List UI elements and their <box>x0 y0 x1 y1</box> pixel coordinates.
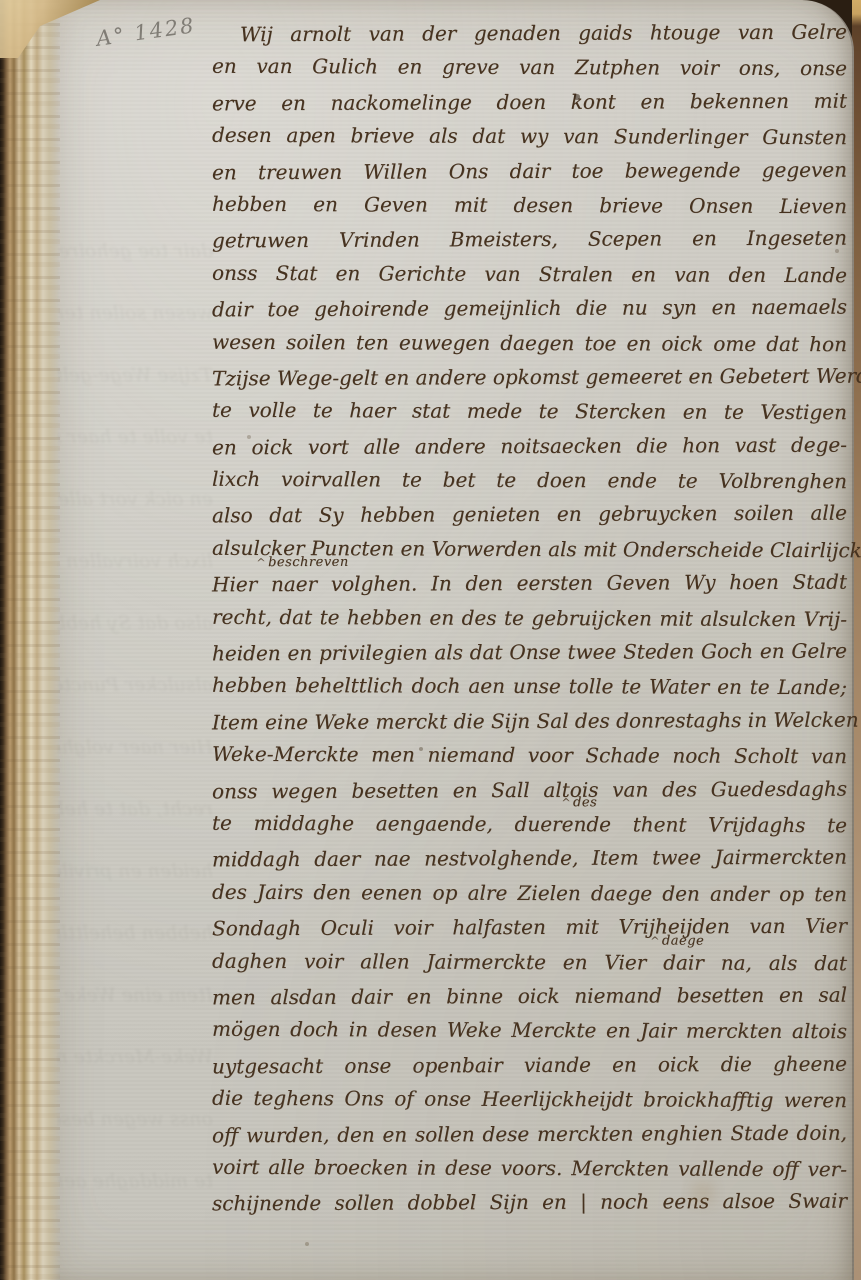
manuscript-line: en van Gulich en greve van Zutphen voir … <box>212 49 847 86</box>
manuscript-line: des Jairs den eenen op alre Zielen daege… <box>212 875 847 912</box>
manuscript-line: getruwen Vrinden Bmeisters, Scepen en In… <box>212 221 847 258</box>
manuscript-line: recht, dat te hebben en des te gebruijck… <box>212 599 847 636</box>
manuscript-line: erve en nackomelinge doen kont en bekenn… <box>212 83 847 120</box>
manuscript-line: mögen doch in desen Weke Merckte en Jair… <box>212 1012 847 1049</box>
manuscript-line: off wurden, den en sollen dese merckten … <box>212 1115 847 1152</box>
interlinear-insertion: beschreven <box>256 556 348 569</box>
manuscript-line: men alsdan dair en binne oick niemand be… <box>212 978 847 1015</box>
interlinear-insertion: daege <box>650 934 704 947</box>
manuscript-line: middagh daer nae nestvolghende, Item twe… <box>212 840 847 877</box>
manuscript-line: wesen soilen ten euwegen daegen toe en o… <box>212 324 847 361</box>
manuscript-line: en oick vort alle andere noitsaecken die… <box>212 427 847 464</box>
manuscript-line: hebben en Geven mit desen brieve Onsen L… <box>212 187 847 224</box>
manuscript-line: Tzijse Wege-gelt en andere opkomst gemee… <box>212 359 847 396</box>
manuscript-line: also dat Sy hebben genieten en gebruycke… <box>212 496 847 533</box>
interlinear-insertion: des <box>561 796 597 809</box>
manuscript-line: Hier naer volghen. In den eersten Geven … <box>212 565 847 602</box>
manuscript-line: voirt alle broecken in dese voors. Merck… <box>212 1150 847 1187</box>
manuscript-line: Sondagh Oculi voir halfasten mit Vrijhei… <box>212 909 847 946</box>
bleedthrough-ghost: dair toe gehoirende gemeijnlich die nu s… <box>58 220 213 1220</box>
manuscript-line: onss Stat en Gerichte van Stralen en van… <box>212 256 847 293</box>
manuscript-line: lixch voirvallen te bet te doen ende te … <box>212 462 847 499</box>
manuscript-line: te middaghe aengaende, duerende thent Vr… <box>212 806 847 843</box>
manuscript-line: en treuwen Willen Ons dair toe bewegende… <box>212 152 847 189</box>
manuscript-line: Wij arnolt van der genaden gaids htouge … <box>212 15 847 52</box>
manuscript-line: onss wegen besetten en Sall altois van d… <box>212 771 847 808</box>
manuscript-text: Wij arnolt van der genaden gaids htouge … <box>212 16 847 1220</box>
manuscript-line: te volle te haer stat mede te Stercken e… <box>212 393 847 430</box>
manuscript-line: schijnende sollen dobbel Sijn en | noch … <box>212 1184 847 1221</box>
manuscript-line: uytgesacht onse openbair viande en oick … <box>212 1046 847 1083</box>
manuscript-line: hebben behelttlich doch aen unse tolle t… <box>212 668 847 705</box>
manuscript-line: Weke-Merckte men niemand voor Schade noc… <box>212 737 847 774</box>
manuscript-scan: dair toe gehoirende gemeijnlich die nu s… <box>0 0 861 1280</box>
manuscript-line: daghen voir allen Jairmerckte en Vier da… <box>212 943 847 980</box>
manuscript-line: die teghens Ons of onse Heerlijckheijdt … <box>212 1081 847 1118</box>
ink-specks <box>0 0 2 2</box>
manuscript-line: desen apen brieve als dat wy van Sunderl… <box>212 118 847 155</box>
manuscript-line: Item eine Weke merckt die Sijn Sal des d… <box>212 702 847 739</box>
manuscript-line: heiden en privilegien als dat Onse twee … <box>212 634 847 671</box>
manuscript-line: dair toe gehoirende gemeijnlich die nu s… <box>212 290 847 327</box>
book-binding-edge <box>0 0 60 1280</box>
